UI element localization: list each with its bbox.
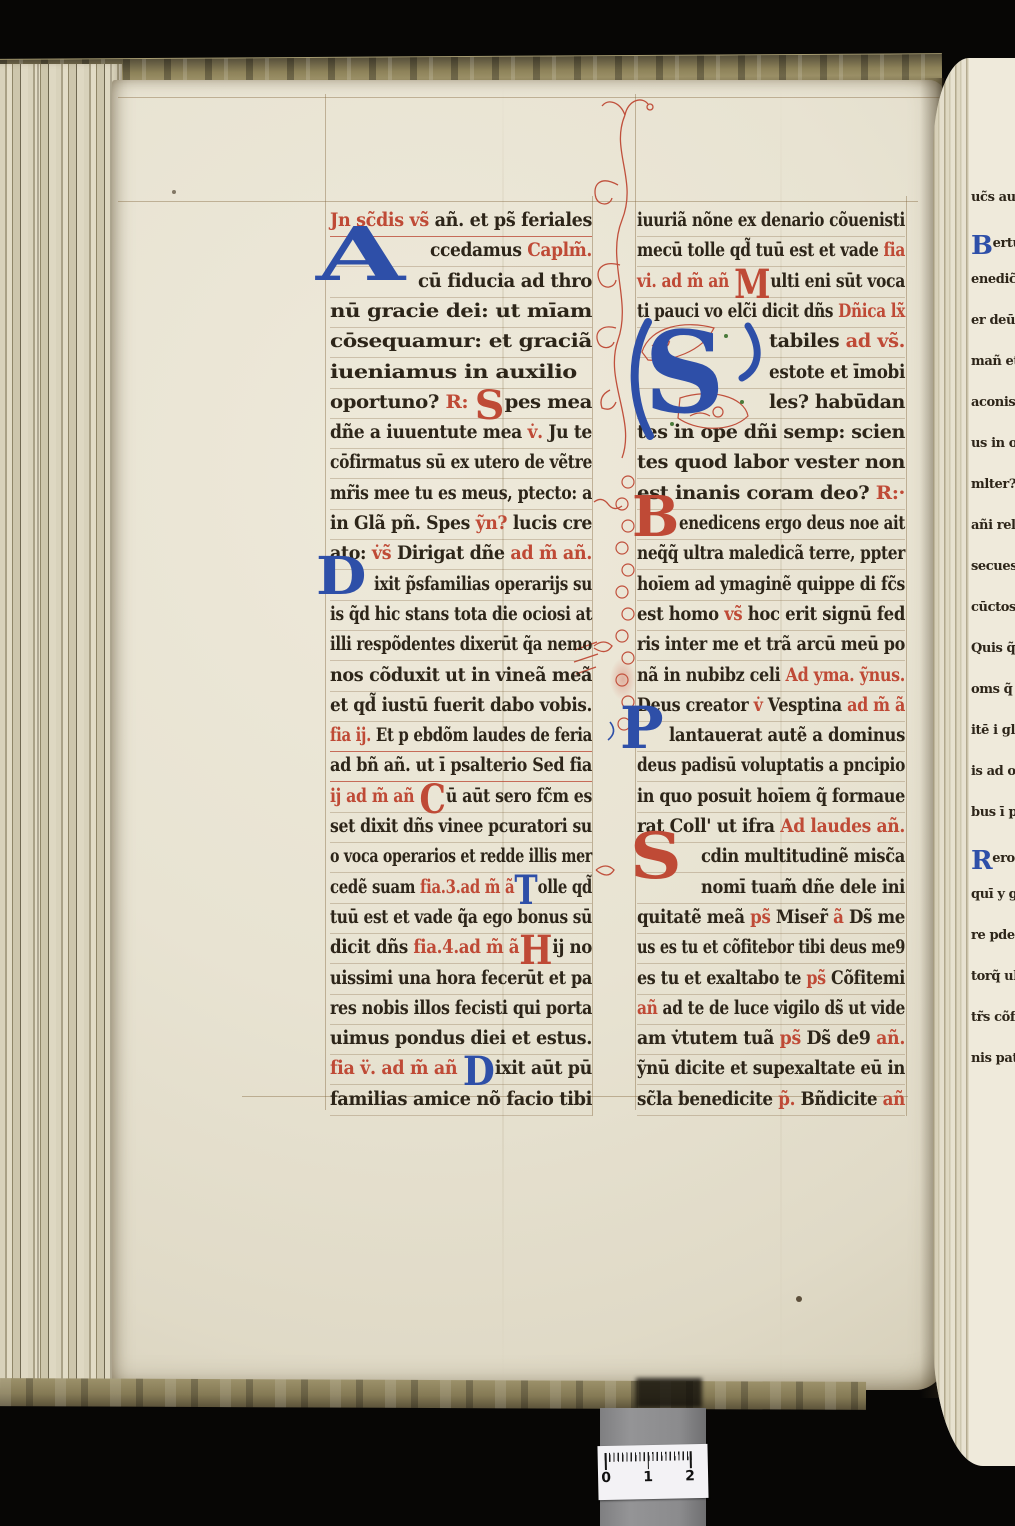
text-segment: Ju te	[548, 421, 592, 443]
text-segment: mecū tolle qd̃ tuū est et vade	[637, 239, 883, 261]
text-segment: ij no	[552, 936, 592, 958]
edge-shadow-blotch	[636, 1378, 702, 1408]
ruling-hline	[118, 97, 942, 98]
speck	[796, 1296, 802, 1302]
facing-text-fragment: secues cõt	[971, 559, 1015, 574]
facing-text-fragment: bus ī pace	[971, 805, 1015, 820]
text-line: am v̇tutem tuã ps̃ Ds̃ de9 añ.	[637, 1023, 905, 1055]
text-line: in Glã pñ. Spes ỹn? lucis cre	[330, 508, 592, 540]
text-line: tuū est et vade q̃a ego bonus sū	[330, 902, 592, 934]
text-segment: set dixit dñs vinee pcuratori su	[330, 815, 592, 837]
text-segment: is q̃d hic stans tota die ociosi at	[330, 603, 592, 625]
ruling-hline	[118, 201, 918, 202]
ruler-number: 0	[601, 1470, 611, 1486]
text-segment: er deū iuã u	[971, 313, 1015, 328]
text-segment: nã in nubibz celi	[637, 664, 786, 686]
text-line: iuuriã nõne ex denario cõuenisti	[637, 205, 905, 237]
text-segment: añ	[883, 1088, 905, 1110]
text-segment: deus padisū voluptatis a pncipio	[637, 754, 905, 776]
facing-text-fragment: torq̃ ulo	[971, 969, 1015, 984]
text-segment: cū fiducia ad thro	[418, 270, 592, 292]
text-segment: hoīem ad ymaginẽ quippe di fc̃s	[637, 573, 905, 595]
text-line: ad bñ añ. ut ī psalterio Sed fia	[330, 750, 592, 782]
text-line: est homo vs̃ hoc erit signū fed	[637, 599, 905, 631]
text-segment: Cõfitemi	[831, 967, 905, 989]
facing-text-fragment: Quis q̃ p	[971, 641, 1015, 656]
text-segment: vi. ad m̃ añ	[637, 270, 734, 292]
text-segment: tes quod labor vester non	[637, 451, 905, 473]
drop-initial-A: A	[316, 222, 405, 289]
text-line: Deus creator v̇ Vesptina ad m̃ ã	[637, 690, 905, 722]
text-segment: Miser̃	[776, 906, 833, 928]
text-segment: olle qd̃	[538, 876, 592, 898]
facing-recto-edge: uc̃s aug̃Bertusenedic̃er deū iuã umañ et…	[933, 58, 1015, 1466]
initial-letter: S	[644, 308, 725, 439]
page-edges-stack	[0, 64, 122, 1402]
text-segment: dicit dñs	[330, 936, 413, 958]
facing-text-fragment: mlter? pces	[971, 477, 1015, 492]
text-segment: es tu et exaltabo te	[637, 967, 806, 989]
text-segment: ertus	[993, 236, 1015, 251]
text-line: dñe a iuuentute mea v̇. Ju te	[330, 417, 592, 449]
text-segment: sc̃la benedicite	[637, 1088, 778, 1110]
facing-text-fragment: nis pater	[971, 1051, 1015, 1066]
text-segment: añ	[637, 997, 663, 1019]
text-line: mr̃is mee tu es meus, ptecto: a	[330, 478, 592, 510]
inline-initial: B	[971, 231, 993, 261]
text-segment: añ.	[876, 1027, 905, 1049]
text-segment: illi respõdentes dixerūt q̃a nemo	[330, 633, 592, 655]
text-segment: ps̃	[780, 1027, 807, 1049]
text-segment: ulti eni sūt voca	[770, 270, 905, 292]
text-segment: mr̃is mee tu es meus, ptecto: a	[330, 482, 592, 504]
drop-initial-S: S	[630, 828, 682, 886]
text-line: uissimi una hora fecerūt et pa	[330, 963, 592, 995]
text-segment: us es tu et cõfitebor tibi deus me9	[637, 936, 905, 958]
text-line: fia ij. Et p ebdõm laudes de feria	[330, 720, 592, 752]
text-column-left: Jn sc̃dis vs̃ añ. et ps̃ ferialesccedamu…	[330, 205, 592, 1140]
drop-initial-D: D	[316, 554, 367, 601]
text-segment: re pdeces	[971, 928, 1015, 943]
text-line: cōfirmatus sū ex utero de vẽtre	[330, 447, 592, 479]
text-segment: iuuriã nõne ex denario cõuenisti	[637, 209, 905, 231]
text-segment: ad m̃ ã	[847, 694, 905, 716]
text-line: o voca operarios et redde illis mer	[330, 841, 592, 873]
text-segment: enedic̃	[971, 272, 1015, 287]
ruler-label: 0 1 2	[597, 1444, 708, 1500]
text-segment: ã	[833, 906, 849, 928]
manuscript-verso-page: Jn sc̃dis vs̃ añ. et ps̃ ferialesccedamu…	[112, 80, 945, 1390]
text-segment: ad te de luce vigilo ds̃ ut vide	[663, 997, 905, 1019]
facing-text-fragment: us in o mñi	[971, 436, 1015, 451]
text-segment: ū aūt sero fc̃m es	[446, 785, 592, 807]
text-segment: erogm	[992, 851, 1015, 866]
text-line: dicit dñs fia.4.ad m̃ ãHij no	[330, 932, 592, 964]
text-line: set dixit dñs vinee pcuratori su	[330, 811, 592, 843]
text-segment: est homo	[637, 603, 724, 625]
text-segment: nomī tuam̃ dñe dele ini	[701, 876, 905, 898]
text-segment: oportuno?	[330, 391, 445, 413]
text-segment: fia.4.ad m̃ ã	[413, 936, 519, 958]
text-segment: torq̃ ulo	[971, 969, 1015, 984]
text-segment: ps̃	[750, 906, 776, 928]
facing-text-fragment: is ad o dr̃i	[971, 764, 1015, 779]
inline-initial: R	[971, 846, 992, 876]
text-segment: o voca operarios et redde illis mer	[330, 845, 592, 867]
text-segment: et qd̃ iustū fuerit dabo vobis.	[330, 694, 592, 716]
text-segment: mlter?	[971, 477, 1015, 492]
text-line: nū gracie dei: ut mīam	[330, 296, 592, 328]
text-segment: mañ et doi	[971, 354, 1015, 369]
text-line: familias amice nõ facio tibi	[330, 1084, 592, 1116]
facing-text-fragment: itē i glia	[971, 723, 1015, 738]
ruler-number: 2	[685, 1468, 695, 1484]
text-segment: ad bñ añ. ut ī psalterio Sed fia	[330, 754, 592, 776]
text-segment: v̇s̃	[372, 542, 397, 564]
text-segment: in quo posuit hoīem q̃ formaue	[637, 785, 905, 807]
text-line: quitatẽ meã ps̃ Miser̃ ã Ds̃ me	[637, 902, 905, 934]
text-line: illi respõdentes dixerūt q̃a nemo	[330, 629, 592, 661]
text-segment: iueniamus in auxilio	[330, 361, 577, 383]
text-segment: tuū est et vade q̃a ego bonus sū	[330, 906, 592, 928]
text-line: hoīem ad ymaginẽ quippe di fc̃s	[637, 569, 905, 601]
text-segment: oms q̃ po	[971, 682, 1015, 697]
text-segment: ris inter me et trã arcū meū po	[637, 633, 905, 655]
text-line: et qd̃ iustū fuerit dabo vobis.	[330, 690, 592, 722]
facing-text-fragment: enedic̃	[971, 272, 1015, 287]
text-segment: Vesptina	[768, 694, 847, 716]
text-segment: Et p ebdõm laudes de feria	[376, 724, 592, 746]
text-segment: Caplm̃.	[527, 239, 592, 261]
text-line: ixit p̃sfamilias operarijs su	[330, 569, 592, 601]
text-segment: cōsequamur: et graciã	[330, 330, 592, 352]
ruler-cm-tick	[690, 1451, 692, 1468]
text-line: ij ad m̃ añ Cū aūt sero fc̃m es	[330, 781, 592, 813]
decorated-initial-S: S	[630, 316, 762, 440]
text-line: vi. ad m̃ añ Multi eni sūt voca	[637, 266, 905, 298]
text-segment: us in o mñi	[971, 436, 1015, 451]
text-segment: cūctos up	[971, 600, 1015, 615]
text-line: lantauerat autẽ a dominus	[637, 720, 905, 752]
text-line: res nobis illos fecisti qui porta	[330, 993, 592, 1025]
text-line: cōsequamur: et graciã	[330, 326, 592, 358]
text-segment: R:·	[876, 482, 905, 504]
text-segment: ad vs̃.	[846, 330, 905, 352]
text-segment: secues cõt	[971, 559, 1015, 574]
drop-initial-P: P	[620, 702, 664, 754]
text-segment: Ds̃ me	[849, 906, 905, 928]
text-segment: tabiles	[769, 330, 846, 352]
facing-text-fragment: Rerogm	[971, 846, 1015, 876]
text-segment: ixit p̃sfamilias operarijs su	[374, 573, 592, 595]
text-segment: uimus pondus diei et estus.	[330, 1027, 592, 1049]
facing-page-edge-bands	[933, 58, 969, 1466]
text-line: mecū tolle qd̃ tuū est et vade fia	[637, 235, 905, 267]
text-line: ato: v̇s̃ Dirigat dñe ad m̃ añ.	[330, 538, 592, 570]
facing-text-fragment: aconis: q	[971, 395, 1015, 410]
text-segment: cōfirmatus sū ex utero de vẽtre	[330, 451, 592, 473]
text-line: añ ad te de luce vigilo ds̃ ut vide	[637, 993, 905, 1025]
text-line: es tu et exaltabo te ps̃ Cõfitemi	[637, 963, 905, 995]
text-segment: enedicens ergo deus noe ait	[679, 512, 905, 534]
text-line: ris inter me et trã arcū meū po	[637, 629, 905, 661]
text-segment: cedẽ suam	[330, 876, 420, 898]
text-line: is q̃d hic stans tota die ociosi at	[330, 599, 592, 631]
text-segment: ccedamus	[430, 239, 527, 261]
text-segment: lucis cre	[513, 512, 592, 534]
text-line: nos cõduxit ut in vineã meã	[330, 660, 592, 692]
facing-text-fragment: tr̃s cõfes	[971, 1010, 1015, 1025]
text-segment: nū gracie dei: ut mīam	[330, 300, 592, 322]
text-line: tes quod labor vester non	[637, 447, 905, 479]
speck	[172, 190, 176, 194]
text-line: ỹnū dicite et supexaltate eū in	[637, 1053, 905, 1085]
text-line: uimus pondus diei et estus.	[330, 1023, 592, 1055]
text-segment: ij ad m̃ añ	[330, 785, 419, 807]
text-segment: ỹn?	[476, 512, 513, 534]
facing-text-fragment: oms q̃ po	[971, 682, 1015, 697]
text-line: nã in nubibz celi Ad yma. ỹnus.	[637, 660, 905, 692]
text-segment: v̇	[754, 694, 768, 716]
text-segment: lantauerat autẽ a dominus	[669, 724, 905, 746]
text-segment: nos cõduxit ut in vineã meã	[330, 664, 592, 686]
text-segment: res nobis illos fecisti qui porta	[330, 997, 592, 1019]
facing-text-fragment: añi reliqr̃ ad	[971, 518, 1015, 533]
facing-text-fragment: re pdeces	[971, 928, 1015, 943]
facing-text-fragment: quī y g	[971, 887, 1015, 902]
text-segment: aconis: q	[971, 395, 1015, 410]
text-line: fia v̈. ad m̃ añ Dixit aūt pū	[330, 1053, 592, 1085]
text-line: sc̃la benedicite p̃. Bñdicite añ	[637, 1084, 905, 1116]
facing-text-fragment: uc̃s aug̃	[971, 190, 1015, 205]
text-segment: bus ī pace	[971, 805, 1015, 820]
text-segment: uissimi una hora fecerūt et pa	[330, 967, 592, 989]
text-segment: ps̃	[806, 967, 831, 989]
text-segment: is ad o dr̃i	[971, 764, 1015, 779]
text-segment: ad m̃ añ.	[510, 542, 592, 564]
text-segment: vs̃	[724, 603, 748, 625]
text-segment: Dñica lx̃	[838, 300, 905, 322]
text-segment: fia.3.ad m̃ ã	[420, 876, 514, 898]
text-segment: familias amice nõ facio tibi	[330, 1088, 592, 1110]
text-segment: Ds̃ de9	[807, 1027, 877, 1049]
text-segment: cdin multitudinẽ misc̃a	[701, 845, 905, 867]
book-bottom-edge	[0, 1378, 866, 1410]
text-segment: añi reliqr̃	[971, 518, 1015, 533]
text-segment: in Glã pñ. Spes	[330, 512, 476, 534]
text-segment: fia v̈. ad m̃ añ	[330, 1057, 463, 1079]
text-segment: p̃.	[778, 1088, 800, 1110]
text-segment: fia	[883, 239, 905, 261]
text-line: cedẽ suam fia.3.ad m̃ ãTolle qd̃	[330, 872, 592, 904]
text-segment: nis pater	[971, 1051, 1015, 1066]
facing-text-fragment: er deū iuã u	[971, 313, 1015, 328]
facing-text-fragment: Bertus	[971, 231, 1015, 261]
facing-text-fragment: mañ et doi	[971, 354, 1015, 369]
text-segment: dñe a iuuentute mea	[330, 421, 528, 443]
facing-text-fragment: cūctos up	[971, 600, 1015, 615]
text-segment: fia ij.	[330, 724, 376, 746]
text-segment: estote et īmobi	[769, 361, 905, 383]
text-segment: quī y g	[971, 887, 1015, 902]
text-segment: ỹnū dicite et supexaltate eū in	[637, 1057, 905, 1079]
text-segment: Quis q̃ p	[971, 641, 1015, 656]
ruler-cm-tick	[647, 1452, 649, 1469]
ruling-vline	[906, 196, 907, 1116]
drop-initial-B: B	[632, 492, 679, 542]
text-segment: quitatẽ meã	[637, 906, 750, 928]
ruler-cm-tick	[605, 1453, 607, 1470]
text-line: deus padisū voluptatis a pncipio	[637, 750, 905, 782]
text-line: iueniamus in auxilio	[330, 357, 592, 389]
text-line: us es tu et cõfitebor tibi deus me9	[637, 932, 905, 964]
text-segment: R:	[445, 391, 474, 413]
text-segment: Ad laudes añ.	[780, 815, 905, 837]
text-segment: itē i glia	[971, 723, 1015, 738]
text-segment: hoc erit signū fed	[748, 603, 905, 625]
ink-smudge	[610, 658, 636, 700]
text-line: in quo posuit hoīem q̃ formaue	[637, 781, 905, 813]
text-segment: Dirigat dñe	[397, 542, 510, 564]
text-segment: les? habūdan	[769, 391, 905, 413]
text-segment: ixit aūt pū	[495, 1057, 592, 1079]
text-segment: uc̃s aug̃	[971, 190, 1015, 205]
text-segment: tr̃s cõfes	[971, 1010, 1015, 1025]
photo-stage: Jn sc̃dis vs̃ añ. et ps̃ ferialesccedamu…	[0, 0, 1015, 1526]
text-segment: v̇.	[528, 421, 549, 443]
text-line: oportuno? R: Spes mea	[330, 387, 592, 419]
text-segment: ỹnus.	[860, 664, 905, 686]
text-segment: Bñdicite	[801, 1088, 883, 1110]
text-segment: añ. et ps̃ feriales	[435, 209, 592, 231]
text-segment: am v̇tutem tuã	[637, 1027, 780, 1049]
ruler-number: 1	[643, 1469, 653, 1485]
text-segment: Ad yma.	[786, 664, 860, 686]
scale-ruler: 0 1 2	[600, 1408, 706, 1526]
text-segment: pes mea	[505, 391, 592, 413]
